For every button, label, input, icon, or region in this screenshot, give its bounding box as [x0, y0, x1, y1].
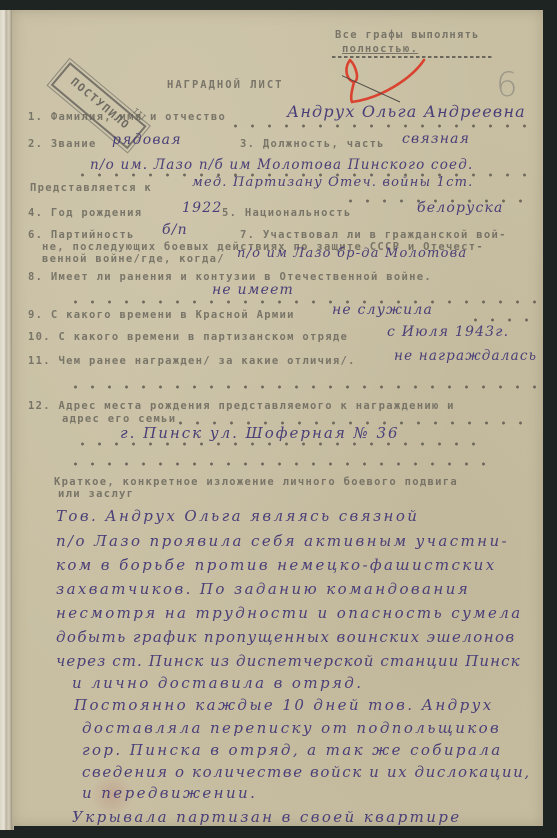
- field-3-value-cont: п/о им. Лазо п/б им Молотова Пинского со…: [90, 157, 473, 173]
- field-9-label: 9. С какого времени в Красной Армии: [28, 309, 295, 321]
- field-7-label: 7. Участвовал ли в гражданской вой-: [240, 229, 507, 241]
- field-5-label: 5. Национальность: [222, 207, 352, 219]
- dot-leader: [227, 124, 537, 128]
- header-instruction-cont: полностью.: [342, 43, 418, 55]
- field-1-value: Андрух Ольга Андреевна: [287, 102, 526, 121]
- field-6-value: б/п: [162, 222, 188, 238]
- narrative-line: несмотря на трудности и опасность сумела: [56, 604, 523, 622]
- field-3-value: связная: [402, 131, 470, 147]
- field-4-label: 4. Год рождения: [28, 207, 142, 219]
- narrative-line: гор. Пинска в отряд, а так же собирала: [82, 741, 503, 759]
- field-4-value: 1922: [182, 200, 222, 216]
- narrative-line: сведения о количестве войск и их дислока…: [82, 763, 531, 781]
- field-10-value: с Июля 1943г.: [387, 324, 509, 340]
- dot-leader: [67, 462, 492, 466]
- field-12-label: 12. Адрес места рождения представляемого…: [28, 400, 455, 412]
- header-instruction: Все графы выполнять: [335, 29, 480, 41]
- narrative-line: доставляла переписку от подпольщиков: [82, 719, 501, 737]
- summary-label-cont: или заслуг: [58, 488, 134, 500]
- narrative-line: п/о Лазо проявила себя активным участни-: [56, 532, 509, 550]
- narrative-line: и передвижении.: [82, 784, 257, 802]
- narrative-line: через ст. Пинск из диспетчерской станции…: [56, 652, 521, 670]
- narrative-line: добыть график пропущенных воинских эшело…: [56, 628, 516, 646]
- field-8-value: не имеет: [212, 282, 294, 298]
- summary-label: Краткое, конкретное изложение личного бо…: [54, 476, 458, 488]
- document-title: НАГРАДНОЙ ЛИСТ: [167, 79, 284, 91]
- nominated-award-value: мед. Партизану Отеч. войны 1ст.: [192, 175, 473, 190]
- page-number: 6: [496, 65, 518, 105]
- dot-leader: [67, 300, 537, 304]
- field-2-value: рядовая: [112, 132, 182, 148]
- field-11-label: 11. Чем ранее награжден/ за какие отличи…: [28, 355, 356, 367]
- field-2-label: 2. Звание: [28, 138, 97, 150]
- field-11-value: не награждалась: [394, 348, 537, 364]
- field-6-label: 6. Партийность: [28, 229, 135, 241]
- dot-leader: [67, 385, 537, 389]
- field-7-label-cont2: венной войне/где, когда/: [42, 253, 225, 265]
- narrative-line: Укрывала партизан в своей квартире: [72, 808, 462, 826]
- red-pencil-mark-icon: [342, 58, 462, 108]
- narrative-line: Тов. Андрух Ольга являясь связной: [56, 507, 419, 525]
- dot-leader: [467, 318, 537, 322]
- narrative-line: ком в борьбе против немецко-фашистских: [56, 556, 497, 574]
- dot-leader: [74, 442, 484, 446]
- field-3-label: 3. Должность, часть: [240, 138, 385, 150]
- nominated-for-label: Представляется к: [30, 182, 152, 194]
- narrative-line: Постоянно каждые 10 дней тов. Андрух: [74, 696, 494, 714]
- award-sheet-page: Все графы выполнять полностью. ПОСТУПИЛО…: [12, 10, 543, 826]
- field-5-value: белоруска: [417, 200, 504, 216]
- field-10-label: 10. С какого времени в партизанском отря…: [28, 331, 348, 343]
- field-9-value: не служила: [332, 302, 433, 318]
- field-12-value: г. Пинск ул. Шоферная № 36: [120, 424, 400, 442]
- narrative-line: и лично доставила в отряд.: [72, 674, 363, 692]
- narrative-line: захватчиков. По заданию командования: [56, 580, 470, 598]
- field-1-label: 1. Фамилия, имя и отчество: [28, 111, 226, 123]
- field-7-value: п/о им Лазо бр-да Молотова: [237, 246, 467, 261]
